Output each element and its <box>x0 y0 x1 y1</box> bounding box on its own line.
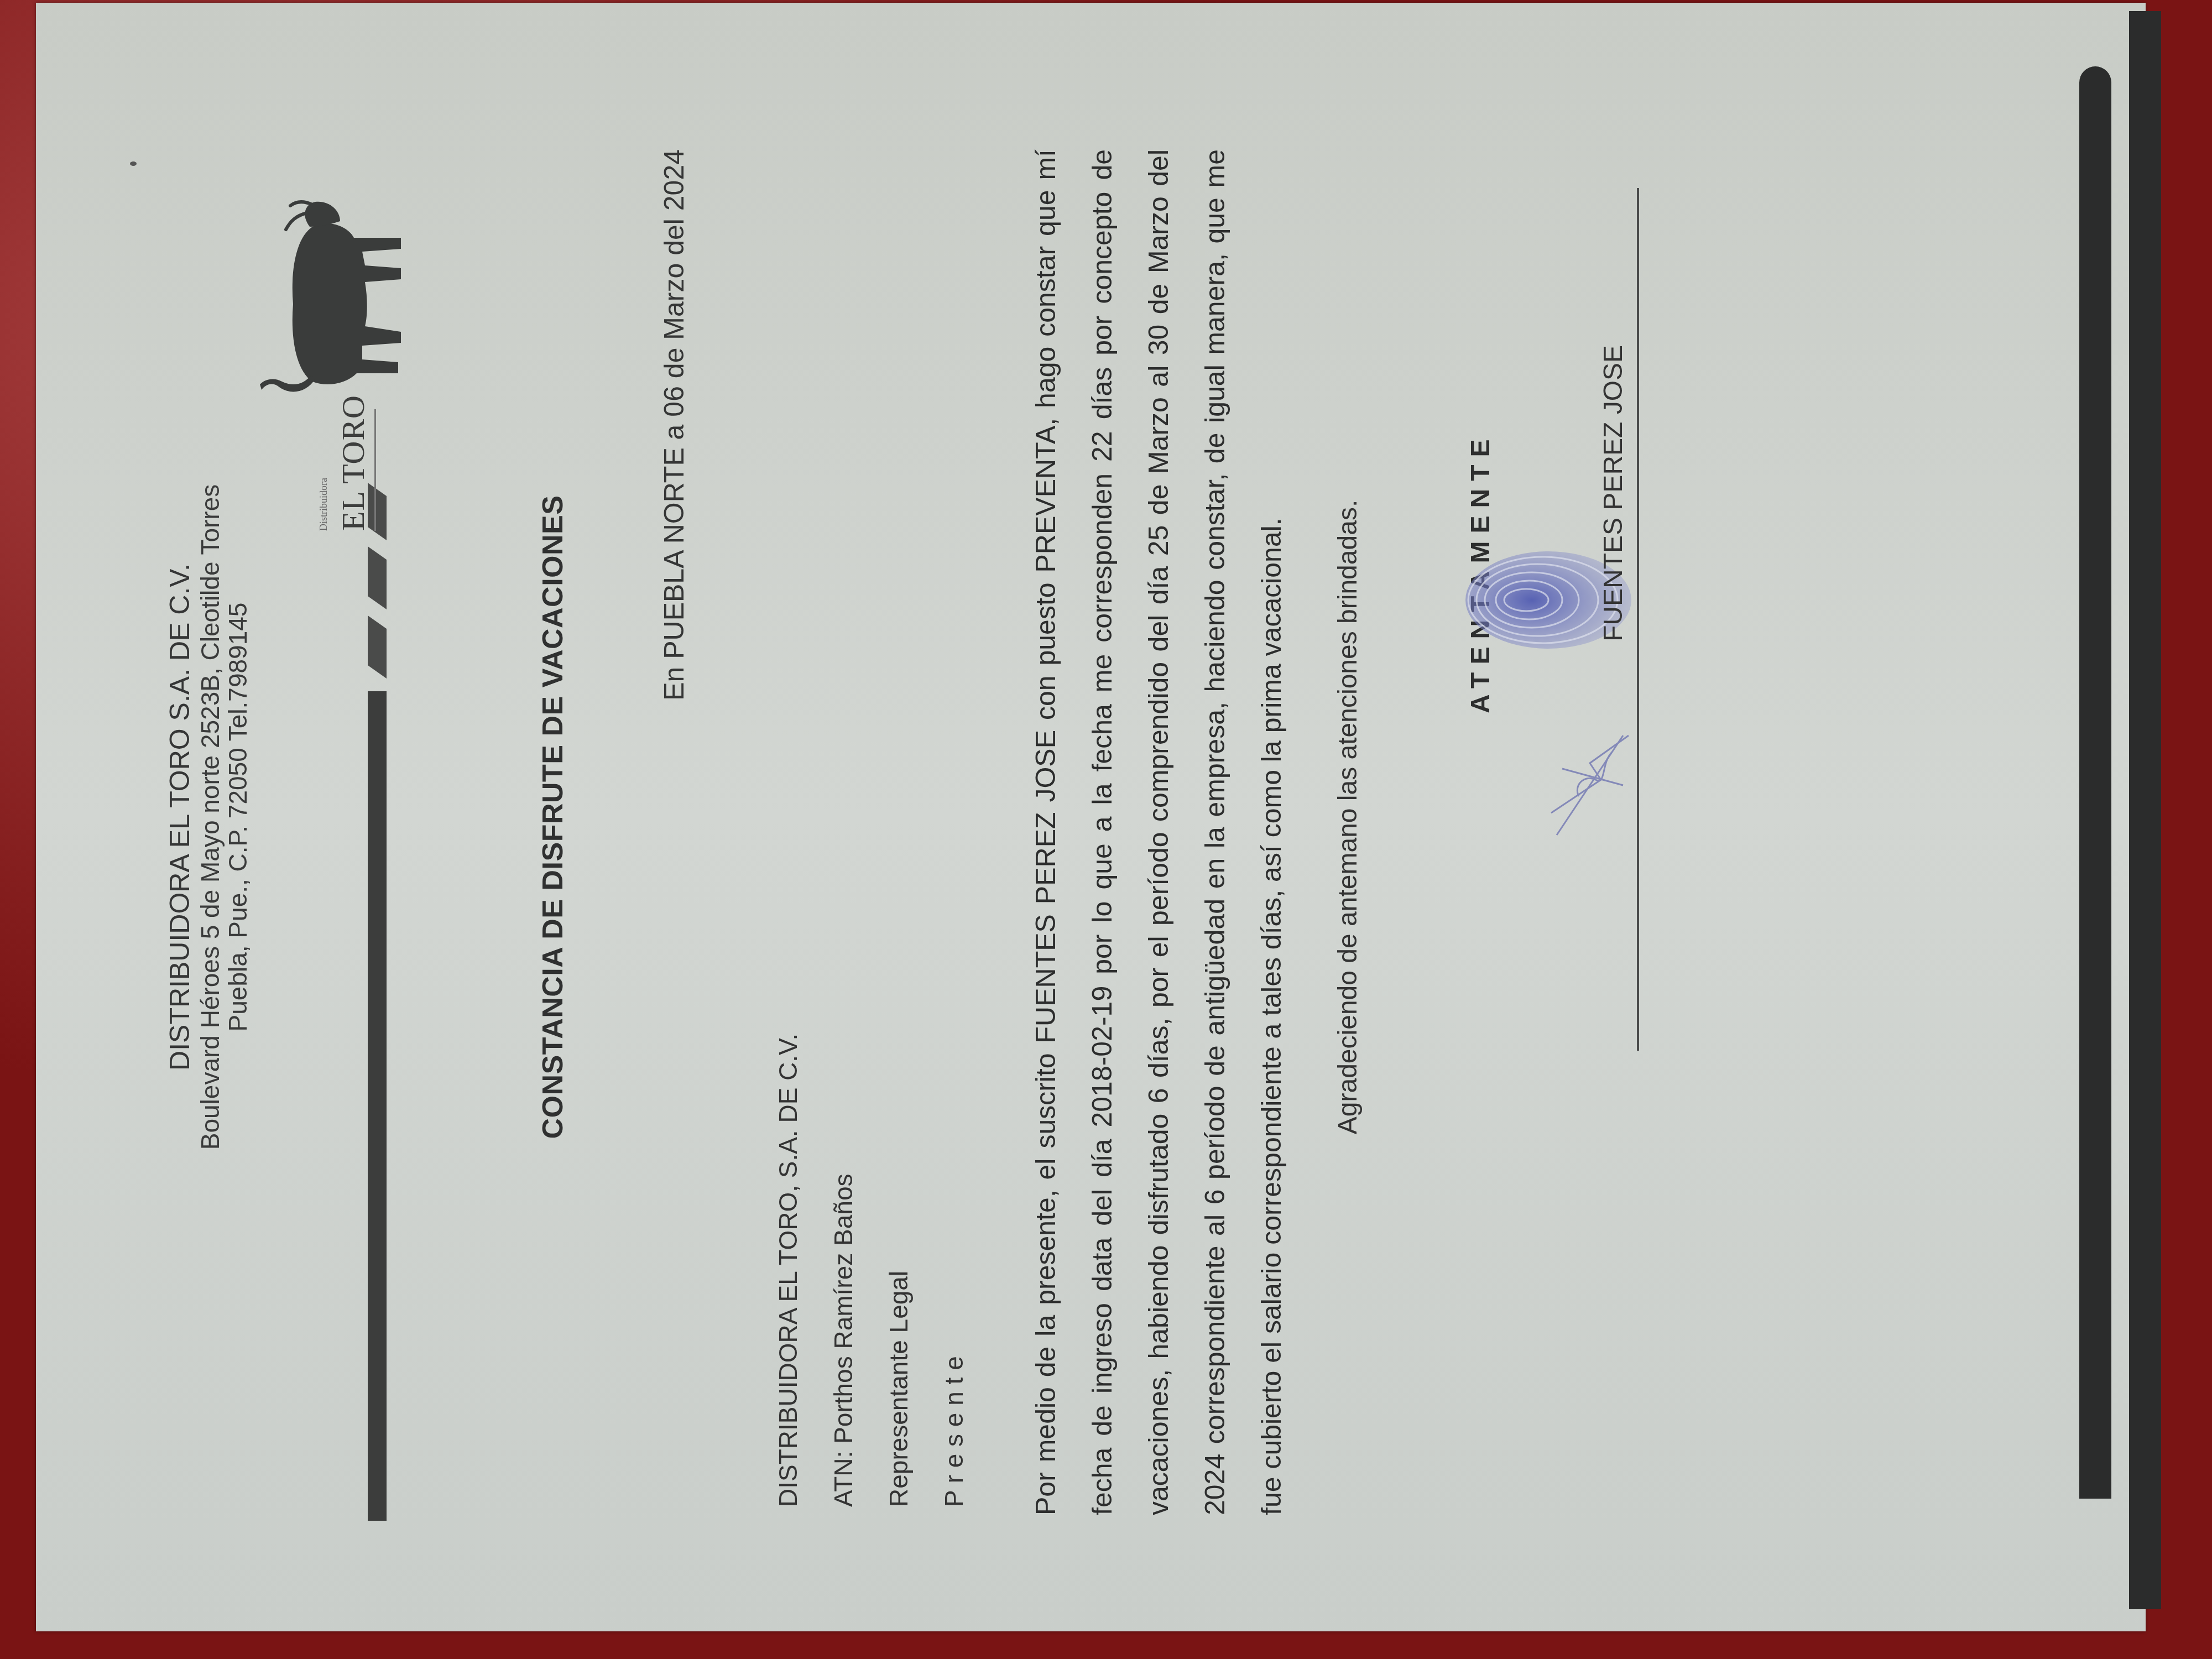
addressee-block: DISTRIBUIDORA EL TORO, S.A. DE C.V. ATN:… <box>760 1034 982 1507</box>
company-address-line-2: Puebla, Pue., C.P. 72050 Tel.7989145 <box>224 3 252 1631</box>
document-page: DISTRIBUIDORA EL TORO S.A. DE C.V. Boule… <box>36 3 2146 1631</box>
header-bar <box>368 691 387 1521</box>
company-logo: Distribuidora EL TORO <box>252 199 423 531</box>
header-bar-segment <box>368 615 387 679</box>
company-address-line-1: Boulevard Héroes 5 de Mayo norte 2523B, … <box>196 3 224 1631</box>
footer-bar <box>2079 66 2111 1499</box>
addressee-role: Representante Legal <box>871 1034 926 1507</box>
signer-name: FUENTES PEREZ JOSE <box>1598 345 1629 641</box>
document-title: CONSTANCIA DE DISFRUTE DE VACACIONES <box>536 3 570 1631</box>
bull-icon <box>252 199 418 404</box>
signature-line <box>1637 188 1639 1051</box>
addressee-company: DISTRIBUIDORA EL TORO, S.A. DE C.V. <box>760 1034 816 1507</box>
closing-line: Agradeciendo de antemano las atenciones … <box>1333 3 1363 1631</box>
addressee-presente: P r e s e n t e <box>926 1034 982 1507</box>
document-date: En PUEBLA NORTE a 06 de Marzo del 2024 <box>658 149 690 1631</box>
paper-speck <box>130 161 137 166</box>
header-bar-segment <box>368 546 387 609</box>
signature-icon <box>1540 713 1640 846</box>
body-paragraph: Por medio de la presente, el suscrito FU… <box>1018 149 1300 1515</box>
addressee-attention: ATN: Porthos Ramírez Baños <box>816 1034 871 1507</box>
company-name: DISTRIBUIDORA EL TORO S.A. DE C.V. <box>163 3 196 1631</box>
logo-underline <box>374 409 376 531</box>
logo-main-text: EL TORO <box>335 395 372 531</box>
logo-small-text: Distribuidora <box>318 478 330 531</box>
letterhead: DISTRIBUIDORA EL TORO S.A. DE C.V. Boule… <box>163 3 252 1631</box>
footer-bar <box>2129 11 2161 1609</box>
